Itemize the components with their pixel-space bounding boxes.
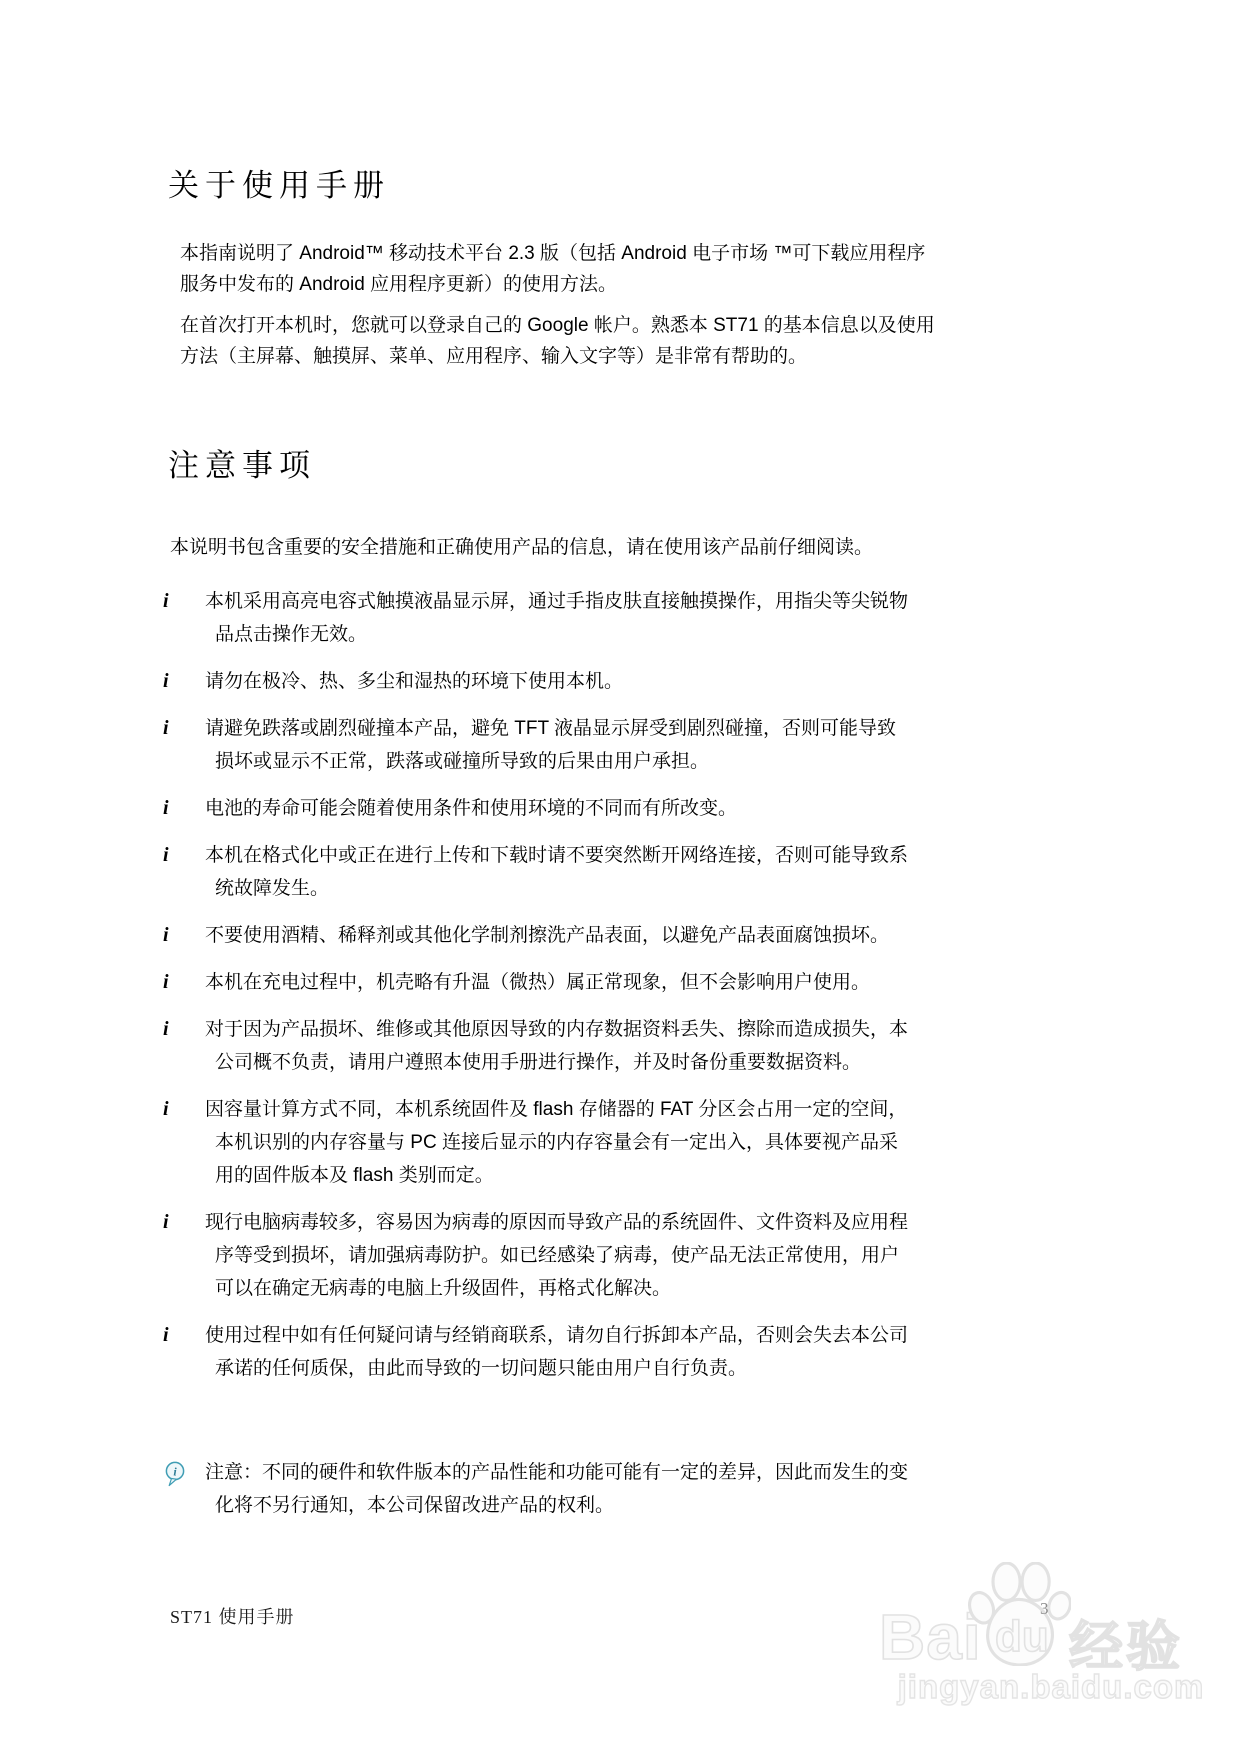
bullet-marker: i xyxy=(163,712,205,778)
notice-row: i 注意：不同的硬件和软件版本的产品性能和功能可能有一定的差异，因此而发生的变化… xyxy=(163,1456,953,1522)
bullet-marker: i xyxy=(163,966,205,999)
list-item: i 因容量计算方式不同，本机系统固件及 flash 存储器的 FAT 分区会占用… xyxy=(163,1093,963,1192)
notice-text: 注意：不同的硬件和软件版本的产品性能和功能可能有一定的差异，因此而发生的变化将不… xyxy=(205,1456,925,1522)
bullet-marker: i xyxy=(163,585,205,651)
bullet-marker: i xyxy=(163,665,205,698)
about-manual-paragraphs: 本指南说明了 Android™ 移动技术平台 2.3 版（包括 Android … xyxy=(180,238,935,382)
list-item: i 本机在格式化中或正在进行上传和下载时请不要突然断开网络连接，否则可能导致系统… xyxy=(163,839,963,905)
bullet-text: 本机在充电过程中，机壳略有升温（微热）属正常现象，但不会影响用户使用。 xyxy=(205,966,915,999)
footer-doc-title: ST71 使用手册 xyxy=(170,1603,295,1629)
page-number: 3 xyxy=(1040,1599,1049,1619)
bullet-text: 对于因为产品损坏、维修或其他原因导致的内存数据资料丢失、擦除而造成损失，本公司概… xyxy=(205,1013,915,1079)
bullet-marker: i xyxy=(163,1013,205,1079)
precautions-list: i 本机采用高亮电容式触摸液晶显示屏，通过手指皮肤直接触摸操作，用指尖等尖锐物品… xyxy=(163,585,963,1399)
section-title-about-manual: 关于使用手册 xyxy=(168,160,390,205)
bullet-marker: i xyxy=(163,1206,205,1305)
bullet-text: 不要使用酒精、稀释剂或其他化学制剂擦洗产品表面，以避免产品表面腐蚀损坏。 xyxy=(205,919,915,952)
list-item: i 本机采用高亮电容式触摸液晶显示屏，通过手指皮肤直接触摸操作，用指尖等尖锐物品… xyxy=(163,585,963,651)
bullet-text: 使用过程中如有任何疑问请与经销商联系，请勿自行拆卸本产品，否则会失去本公司承诺的… xyxy=(205,1319,915,1385)
list-item: i 请勿在极冷、热、多尘和湿热的环境下使用本机。 xyxy=(163,665,963,698)
list-item: i 电池的寿命可能会随着使用条件和使用环境的不同而有所改变。 xyxy=(163,792,963,825)
info-balloon-icon: i xyxy=(163,1456,205,1522)
section-title-precautions: 注意事项 xyxy=(168,440,316,485)
watermark-text-du: du xyxy=(995,1612,1049,1662)
list-item: i 使用过程中如有任何疑问请与经销商联系，请勿自行拆卸本产品，否则会失去本公司承… xyxy=(163,1319,963,1385)
bullet-text: 请避免跌落或剧烈碰撞本产品，避免 TFT 液晶显示屏受到剧烈碰撞，否则可能导致损… xyxy=(205,712,915,778)
bullet-marker: i xyxy=(163,1319,205,1385)
paragraph: 本指南说明了 Android™ 移动技术平台 2.3 版（包括 Android … xyxy=(180,238,935,300)
list-item: i 本机在充电过程中，机壳略有升温（微热）属正常现象，但不会影响用户使用。 xyxy=(163,966,963,999)
bullet-text: 电池的寿命可能会随着使用条件和使用环境的不同而有所改变。 xyxy=(205,792,915,825)
bullet-marker: i xyxy=(163,1093,205,1192)
watermark-url: jingyan.baidu.com xyxy=(871,1668,1231,1706)
manual-page: 关于使用手册 本指南说明了 Android™ 移动技术平台 2.3 版（包括 A… xyxy=(0,0,1240,1754)
precautions-intro: 本说明书包含重要的安全措施和正确使用产品的信息，请在使用该产品前仔细阅读。 xyxy=(170,532,930,563)
bullet-text: 现行电脑病毒较多，容易因为病毒的原因而导致产品的系统固件、文件资料及应用程序等受… xyxy=(205,1206,915,1305)
paragraph: 在首次打开本机时，您就可以登录自己的 Google 帐户。熟悉本 ST71 的基… xyxy=(180,310,935,372)
baidu-jingyan-watermark: Bai du 经验 jingyan.baidu.com xyxy=(855,1560,1240,1710)
bullet-text: 本机在格式化中或正在进行上传和下载时请不要突然断开网络连接，否则可能导致系统故障… xyxy=(205,839,915,905)
bullet-marker: i xyxy=(163,792,205,825)
list-item: i 不要使用酒精、稀释剂或其他化学制剂擦洗产品表面，以避免产品表面腐蚀损坏。 xyxy=(163,919,963,952)
list-item: i 对于因为产品损坏、维修或其他原因导致的内存数据资料丢失、擦除而造成损失，本公… xyxy=(163,1013,963,1079)
bullet-marker: i xyxy=(163,839,205,905)
bullet-text: 请勿在极冷、热、多尘和湿热的环境下使用本机。 xyxy=(205,665,915,698)
bullet-marker: i xyxy=(163,919,205,952)
bullet-text: 本机采用高亮电容式触摸液晶显示屏，通过手指皮肤直接触摸操作，用指尖等尖锐物品点击… xyxy=(205,585,915,651)
list-item: i 请避免跌落或剧烈碰撞本产品，避免 TFT 液晶显示屏受到剧烈碰撞，否则可能导… xyxy=(163,712,963,778)
bullet-text: 因容量计算方式不同，本机系统固件及 flash 存储器的 FAT 分区会占用一定… xyxy=(205,1093,915,1192)
list-item: i 现行电脑病毒较多，容易因为病毒的原因而导致产品的系统固件、文件资料及应用程序… xyxy=(163,1206,963,1305)
